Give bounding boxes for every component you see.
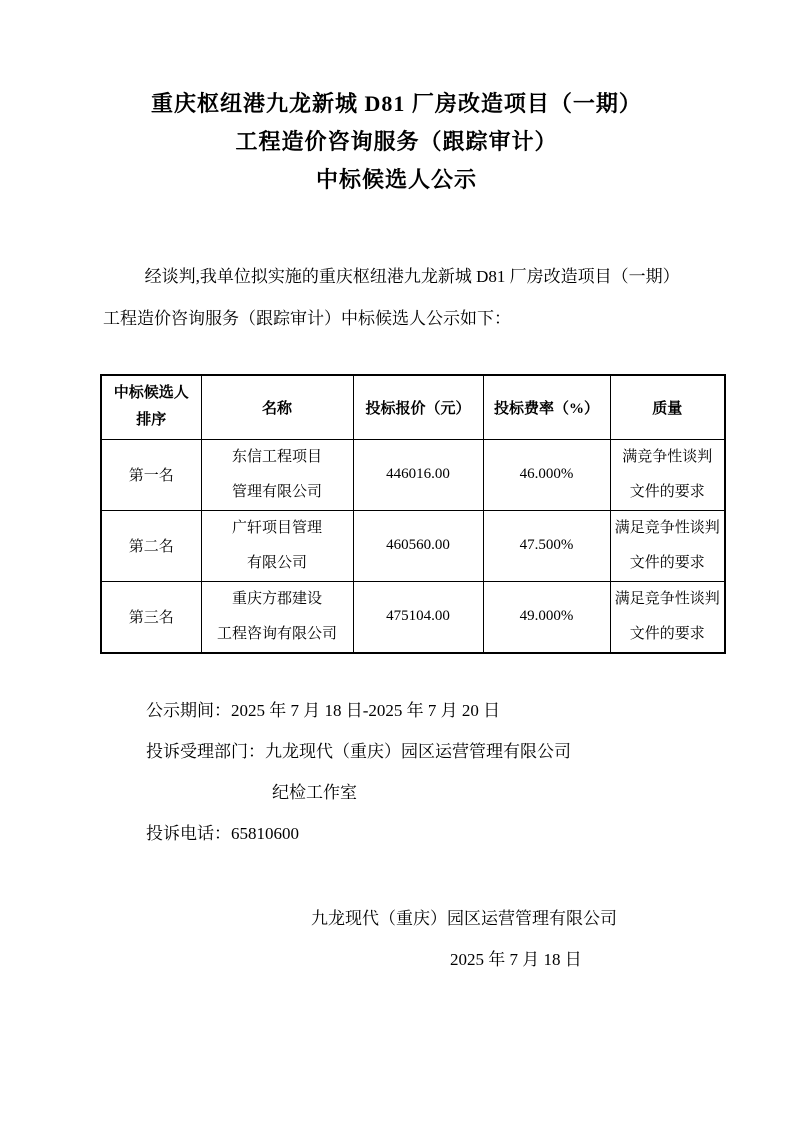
header-name: 名称	[201, 375, 353, 439]
cell-name: 重庆方郡建设 工程咨询有限公司	[201, 581, 353, 653]
title-line-3: 中标候选人公示	[0, 161, 793, 199]
intro-paragraph: 经谈判,我单位拟实施的重庆枢纽港九龙新城 D81 厂房改造项目（一期） 工程造价…	[103, 256, 725, 340]
table-row: 第一名 东信工程项目 管理有限公司 446016.00 46.000% 满竞争性…	[101, 439, 725, 510]
cell-quality-line1: 满竞争性谈判	[611, 440, 725, 475]
cell-name: 广轩项目管理 有限公司	[201, 510, 353, 581]
complaint-phone: 投诉电话：65810600	[0, 813, 793, 854]
cell-quality: 满足竞争性谈判 文件的要求	[610, 510, 725, 581]
table-header-row: 中标候选人 排序 名称 投标报价（元） 投标费率（%） 质量	[101, 375, 725, 439]
header-rank-line2: 排序	[102, 407, 201, 434]
cell-bid-price: 446016.00	[353, 439, 483, 510]
signature-date: 2025 年 7 月 18 日	[0, 939, 793, 980]
complaint-department-line2: 纪检工作室	[0, 772, 793, 813]
signature: 九龙现代（重庆）园区运营管理有限公司 2025 年 7 月 18 日	[0, 898, 793, 980]
cell-quality-line2: 文件的要求	[611, 475, 725, 510]
cell-quality: 满足竞争性谈判 文件的要求	[610, 581, 725, 653]
cell-name-line2: 管理有限公司	[202, 475, 353, 510]
cell-rank: 第二名	[101, 510, 201, 581]
complaint-department-line1: 投诉受理部门：九龙现代（重庆）园区运营管理有限公司	[0, 731, 793, 772]
header-rank-line1: 中标候选人	[102, 380, 201, 407]
cell-quality-line1: 满足竞争性谈判	[611, 511, 725, 546]
publicity-period: 公示期间：2025 年 7 月 18 日-2025 年 7 月 20 日	[0, 690, 793, 731]
header-quality: 质量	[610, 375, 725, 439]
header-bid-rate: 投标费率（%）	[483, 375, 610, 439]
title-line-2: 工程造价咨询服务（跟踪审计）	[0, 123, 793, 161]
cell-quality-line1: 满足竞争性谈判	[611, 582, 725, 617]
cell-quality-line2: 文件的要求	[611, 546, 725, 581]
footer-info: 公示期间：2025 年 7 月 18 日-2025 年 7 月 20 日 投诉受…	[0, 690, 793, 854]
table-row: 第三名 重庆方郡建设 工程咨询有限公司 475104.00 49.000% 满足…	[101, 581, 725, 653]
cell-bid-rate: 47.500%	[483, 510, 610, 581]
header-bid-price: 投标报价（元）	[353, 375, 483, 439]
cell-name: 东信工程项目 管理有限公司	[201, 439, 353, 510]
cell-rank: 第一名	[101, 439, 201, 510]
title-line-1: 重庆枢纽港九龙新城 D81 厂房改造项目（一期）	[0, 85, 793, 123]
cell-name-line1: 东信工程项目	[202, 440, 353, 475]
cell-quality-line2: 文件的要求	[611, 617, 725, 652]
cell-bid-price: 460560.00	[353, 510, 483, 581]
cell-name-line2: 工程咨询有限公司	[202, 617, 353, 652]
cell-name-line1: 广轩项目管理	[202, 511, 353, 546]
cell-name-line2: 有限公司	[202, 546, 353, 581]
cell-bid-price: 475104.00	[353, 581, 483, 653]
cell-bid-rate: 46.000%	[483, 439, 610, 510]
table-row: 第二名 广轩项目管理 有限公司 460560.00 47.500% 满足竞争性谈…	[101, 510, 725, 581]
document-title: 重庆枢纽港九龙新城 D81 厂房改造项目（一期） 工程造价咨询服务（跟踪审计） …	[0, 0, 793, 199]
document-page: 重庆枢纽港九龙新城 D81 厂房改造项目（一期） 工程造价咨询服务（跟踪审计） …	[0, 0, 793, 1122]
intro-line-2: 工程造价咨询服务（跟踪审计）中标候选人公示如下：	[103, 298, 725, 340]
bid-candidates-table: 中标候选人 排序 名称 投标报价（元） 投标费率（%） 质量 第一名 东信工程项…	[100, 374, 726, 654]
intro-line-1: 经谈判,我单位拟实施的重庆枢纽港九龙新城 D81 厂房改造项目（一期）	[103, 256, 725, 298]
header-rank: 中标候选人 排序	[101, 375, 201, 439]
cell-rank: 第三名	[101, 581, 201, 653]
signature-company: 九龙现代（重庆）园区运营管理有限公司	[0, 898, 793, 939]
cell-quality: 满竞争性谈判 文件的要求	[610, 439, 725, 510]
cell-bid-rate: 49.000%	[483, 581, 610, 653]
cell-name-line1: 重庆方郡建设	[202, 582, 353, 617]
